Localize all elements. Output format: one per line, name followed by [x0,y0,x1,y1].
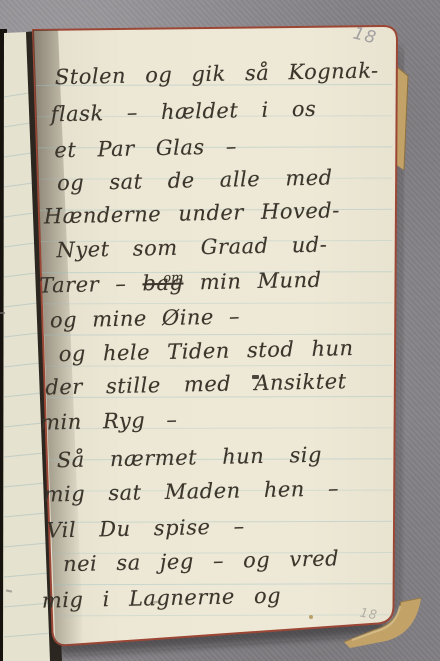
handwriting-block: Stolen og gik så Kognak- flask – hældet … [0,0,440,661]
handwriting-line-16: mig i Lagnerne og [42,586,282,612]
photographed-notebook-scene: 18 18 Stolen og gik så Kognak- flask – h… [0,0,440,661]
handwriting-line-5: Hænderne under Hoved- [44,200,340,227]
handwriting-line-7: Tarer – bagom min Mund [39,269,322,297]
handwriting-line-1: Stolen og gik så Kognak- [55,60,379,88]
line-7-pre: Tarer – [39,271,143,297]
inserted-word: om [163,271,183,286]
handwriting-line-13: mig sat Maden hen – [43,478,339,505]
handwriting-line-11: min Ryg – [40,410,178,434]
handwriting-line-6: Nyet som Graad ud- [56,235,327,262]
handwriting-line-3: et Par Glas – [54,136,237,161]
handwriting-line-14: Vil Du spise – [46,516,245,541]
handwriting-line-4: og sat de alle med [57,167,333,194]
handwriting-line-12: Så nærmet hun sig [57,445,322,472]
handwriting-line-2: flask – hældet i os [50,99,316,126]
line-7-post: min Mund [183,268,321,295]
handwriting-line-8: og mine Øine – [50,306,240,331]
handwriting-line-15: nei sa jeg – og vred [63,548,339,575]
handwriting-line-9: og hele Tiden stod hun [58,338,353,365]
handwriting-line-10: der stille med Ansiktet [45,371,347,398]
